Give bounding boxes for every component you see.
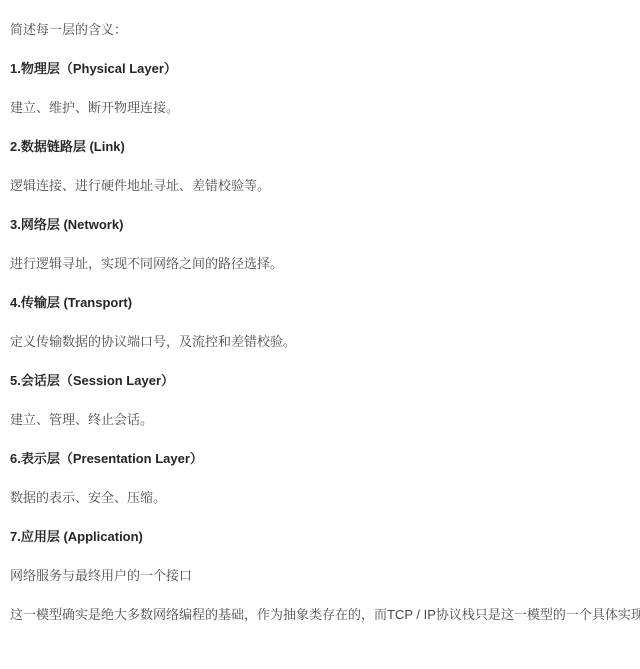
section-physical-layer: 1.物理层（Physical Layer） 建立、维护、断开物理连接。 (10, 59, 630, 118)
section-heading-physical: 1.物理层（Physical Layer） (10, 59, 630, 79)
section-heading-link: 2.数据链路层 (Link) (10, 137, 630, 157)
section-body-physical: 建立、维护、断开物理连接。 (10, 98, 630, 118)
section-heading-session: 5.会话层（Session Layer） (10, 371, 630, 391)
section-application-layer: 7.应用层 (Application) 网络服务与最终用户的一个接口 (10, 527, 630, 586)
section-network-layer: 3.网络层 (Network) 进行逻辑寻址，实现不同网络之间的路径选择。 (10, 215, 630, 274)
section-body-transport: 定义传输数据的协议端口号，及流控和差错校验。 (10, 332, 630, 352)
article-page: 简述每一层的含义： 1.物理层（Physical Layer） 建立、维护、断开… (0, 0, 640, 669)
section-body-network: 进行逻辑寻址，实现不同网络之间的路径选择。 (10, 254, 630, 274)
section-body-application: 网络服务与最终用户的一个接口 (10, 566, 630, 586)
section-presentation-layer: 6.表示层（Presentation Layer） 数据的表示、安全、压缩。 (10, 449, 630, 508)
section-body-link: 逻辑连接、进行硬件地址寻址、差错校验等。 (10, 176, 630, 196)
section-session-layer: 5.会话层（Session Layer） 建立、管理、终止会话。 (10, 371, 630, 430)
section-body-session: 建立、管理、终止会话。 (10, 410, 630, 430)
section-body-presentation: 数据的表示、安全、压缩。 (10, 488, 630, 508)
section-data-link-layer: 2.数据链路层 (Link) 逻辑连接、进行硬件地址寻址、差错校验等。 (10, 137, 630, 196)
section-heading-application: 7.应用层 (Application) (10, 527, 630, 547)
section-heading-transport: 4.传输层 (Transport) (10, 293, 630, 313)
section-heading-network: 3.网络层 (Network) (10, 215, 630, 235)
section-transport-layer: 4.传输层 (Transport) 定义传输数据的协议端口号，及流控和差错校验。 (10, 293, 630, 352)
section-heading-presentation: 6.表示层（Presentation Layer） (10, 449, 630, 469)
intro-line: 简述每一层的含义： (10, 20, 630, 40)
conclusion-line: 这一模型确实是绝大多数网络编程的基础，作为抽象类存在的，而TCP / IP协议栈… (10, 605, 630, 625)
